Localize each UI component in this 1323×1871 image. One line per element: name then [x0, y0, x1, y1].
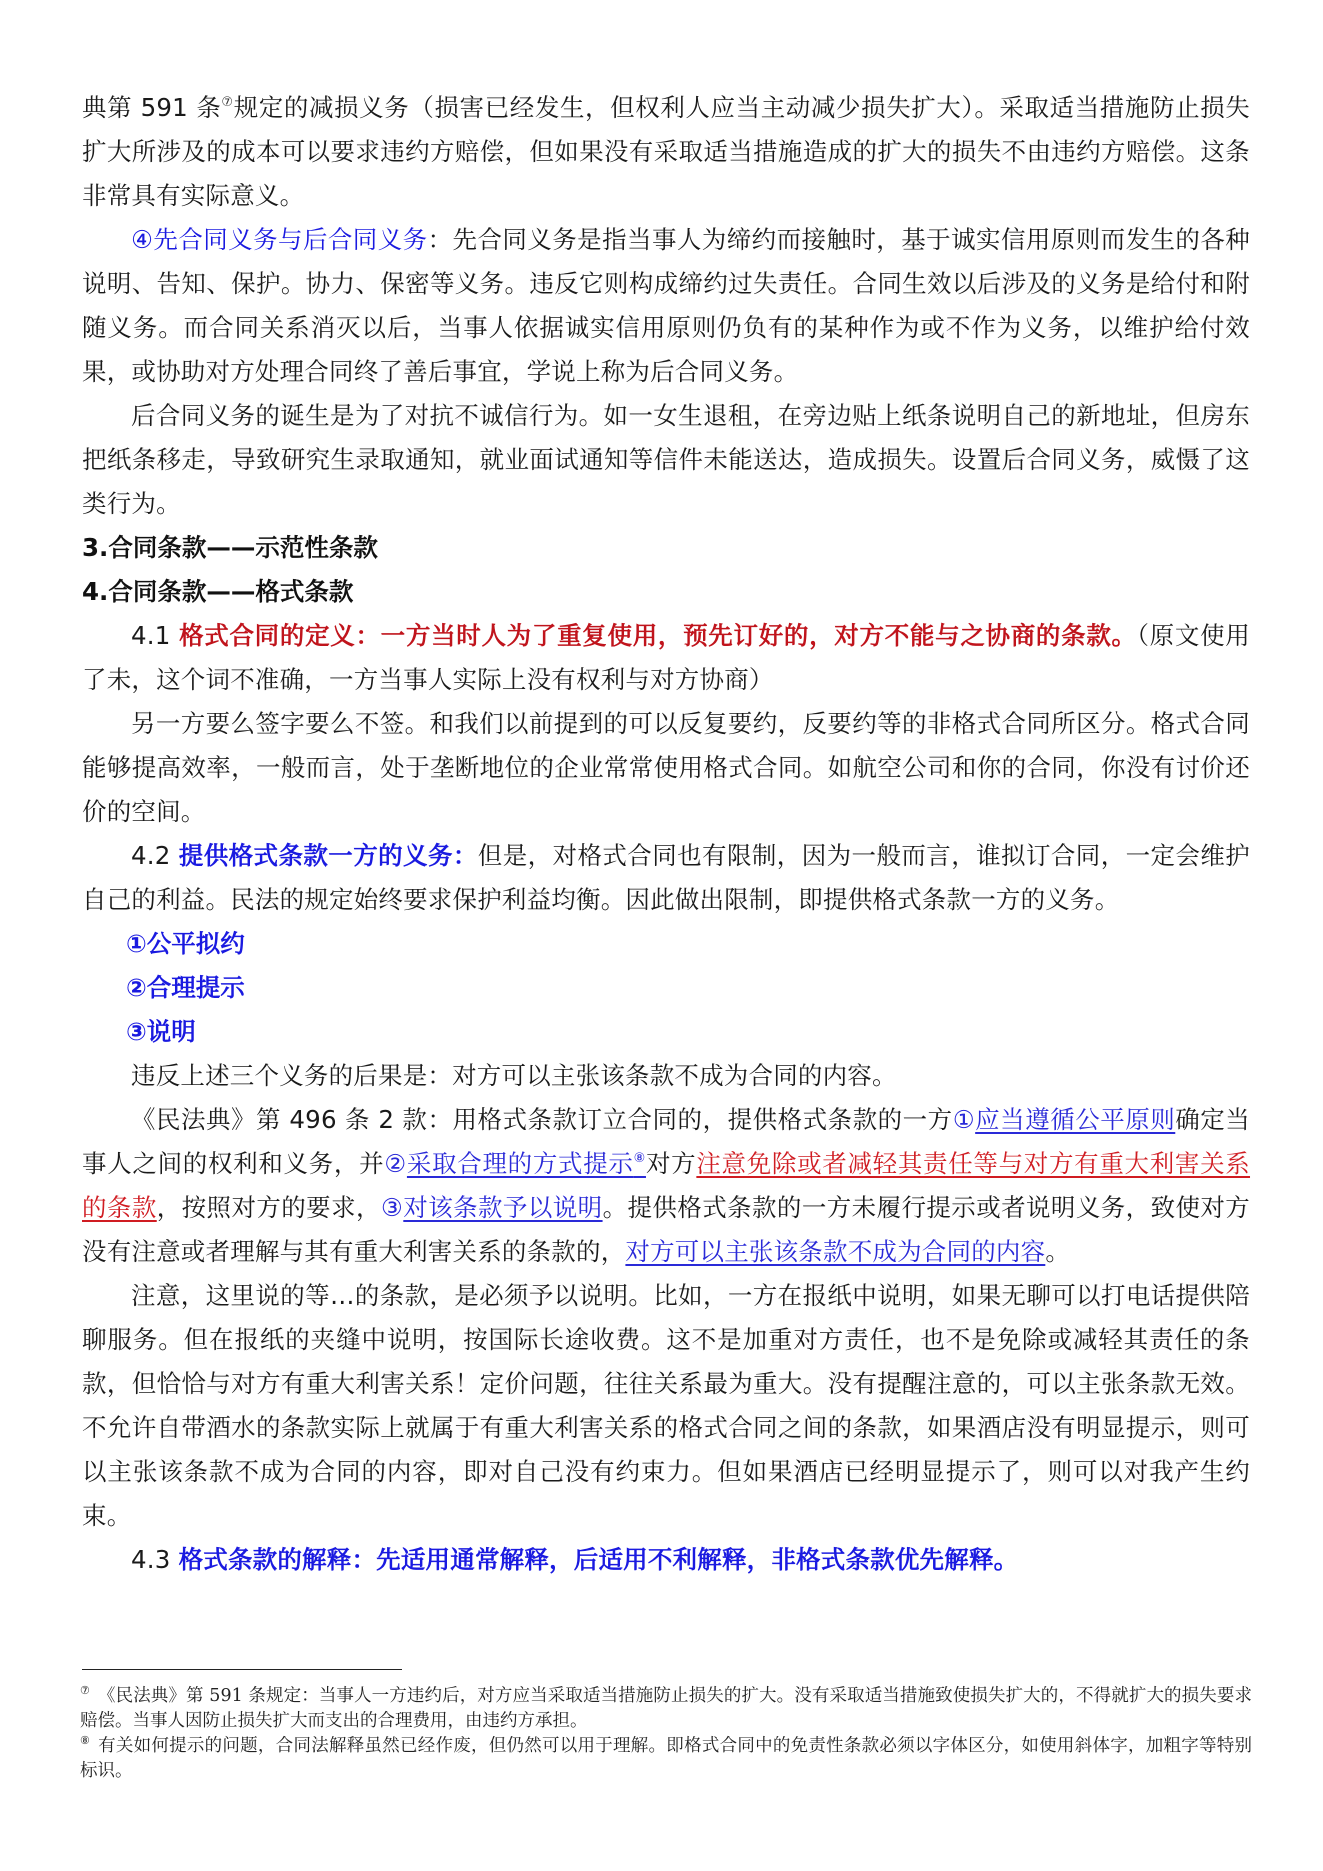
footnote-mark: ⑧ — [80, 1734, 90, 1747]
footnote-text: 《民法典》第 591 条规定：当事人一方违约后，对方应当采取适当措施防止损失的扩… — [80, 1686, 1252, 1731]
section-number: 4.1 — [131, 621, 179, 650]
heading-model-clauses: 3.合同条款——示范性条款 — [82, 526, 1250, 570]
paragraph-4-2-duties: 4.2 提供格式条款一方的义务：但是，对格式合同也有限制，因为一般而言，谁拟订合… — [82, 834, 1250, 922]
paragraph-consequence: 违反上述三个义务的后果是：对方可以主张该条款不成为合同的内容。 — [82, 1054, 1250, 1098]
underlined-reasonable-notice: 采取合理的方式提示⑧ — [407, 1149, 646, 1178]
interpretation-highlight: 格式条款的解释：先适用通常解释，后适用不利解释，非格式条款优先解释。 — [179, 1545, 1019, 1574]
footnote-separator — [82, 1669, 402, 1670]
paragraph-note-example: 注意，这里说的等…的条款，是必须予以说明。比如，一方在报纸中说明，如果无聊可以打… — [82, 1274, 1250, 1538]
para-text: 。 — [1045, 1237, 1070, 1266]
footnote-7: ⑦《民法典》第 591 条规定：当事人一方违约后，对方应当采取适当措施防止损失的… — [80, 1684, 1252, 1734]
circled-number: ③ — [381, 1193, 403, 1222]
circled-number: ② — [384, 1149, 407, 1178]
paragraph-article-496: 《民法典》第 496 条 2 款：用格式条款订立合同的，提供格式条款的一方①应当… — [82, 1098, 1250, 1274]
document-page: 典第 591 条⑦规定的减损义务（损害已经发生，但权利人应当主动减少损失扩大）。… — [82, 86, 1250, 1582]
duty-item-explanation: ③说明 — [82, 1010, 1250, 1054]
paragraph-4-1-definition: 4.1 格式合同的定义：一方当时人为了重复使用，预先订好的，对方不能与之协商的条… — [82, 614, 1250, 702]
duty-item-reasonable-notice: ②合理提示 — [82, 966, 1250, 1010]
para-text: 注意，这里说的等…的条款，是必须予以说明。比如，一方在报纸中说明，如果无聊可以打… — [82, 1281, 1250, 1530]
para-text: 典第 591 条 — [82, 93, 221, 122]
circled-number: ① — [953, 1105, 975, 1134]
definition-highlight: 格式合同的定义：一方当时人为了重复使用，预先订好的，对方不能与之协商的条款。 — [179, 621, 1137, 650]
underlined-text: 采取合理的方式提示 — [407, 1149, 634, 1178]
section-number: 4.3 — [131, 1545, 179, 1574]
paragraph-post-contract-example: 后合同义务的诞生是为了对抗不诚信行为。如一女生退租，在旁边贴上纸条说明自己的新地… — [82, 394, 1250, 526]
underlined-explain-clause: 对该条款予以说明 — [403, 1193, 602, 1222]
underlined-not-part-of-contract: 对方可以主张该条款不成为合同的内容 — [625, 1237, 1045, 1266]
section-number: 4.2 — [131, 841, 179, 870]
paragraph-4-1-explanation: 另一方要么签字要么不签。和我们以前提到的可以反复要约，反要约等的非格式合同所区分… — [82, 702, 1250, 834]
footnote-mark: ⑦ — [80, 1684, 90, 1697]
footnote-ref-7[interactable]: ⑦ — [221, 95, 233, 110]
para-text: 违反上述三个义务的后果是：对方可以主张该条款不成为合同的内容。 — [131, 1061, 897, 1090]
paragraph-pre-post-contract-duties: ④先合同义务与后合同义务：先合同义务是指当事人为缔约而接触时，基于诚实信用原则而… — [82, 218, 1250, 394]
para-text: 另一方要么签字要么不签。和我们以前提到的可以反复要约，反要约等的非格式合同所区分… — [82, 709, 1250, 826]
paragraph-4-3-interpretation: 4.3 格式条款的解释：先适用通常解释，后适用不利解释，非格式条款优先解释。 — [82, 1538, 1250, 1582]
footnote-8: ⑧有关如何提示的问题，合同法解释虽然已经作废，但仍然可以用于理解。即格式合同中的… — [80, 1734, 1252, 1784]
duty-item-fair-drafting: ①公平拟约 — [82, 922, 1250, 966]
footnotes: ⑦《民法典》第 591 条规定：当事人一方违约后，对方应当采取适当措施防止损失的… — [80, 1684, 1252, 1784]
paragraph-mitigation-duty: 典第 591 条⑦规定的减损义务（损害已经发生，但权利人应当主动减少损失扩大）。… — [82, 86, 1250, 218]
underlined-fair-principle: 应当遵循公平原则 — [975, 1105, 1175, 1134]
para-text: ，按照对方的要求， — [157, 1193, 381, 1222]
para-text: 对方 — [646, 1149, 696, 1178]
footnote-ref-8[interactable]: ⑧ — [634, 1151, 646, 1166]
para-text: 后合同义务的诞生是为了对抗不诚信行为。如一女生退租，在旁边贴上纸条说明自己的新地… — [82, 401, 1250, 518]
footnote-text: 有关如何提示的问题，合同法解释虽然已经作废，但仍然可以用于理解。即格式合同中的免… — [80, 1736, 1252, 1781]
para-text: 规定的减损义务（损害已经发生，但权利人应当主动减少损失扩大）。采取适当措施防止损… — [82, 93, 1250, 210]
section-heading-pre-post-duties: ④先合同义务与后合同义务 — [131, 225, 428, 254]
duties-highlight: 提供格式条款一方的义务： — [179, 841, 478, 870]
heading-standard-clauses: 4.合同条款——格式条款 — [82, 570, 1250, 614]
para-text: 《民法典》第 496 条 2 款：用格式条款订立合同的，提供格式条款的一方 — [131, 1105, 953, 1134]
